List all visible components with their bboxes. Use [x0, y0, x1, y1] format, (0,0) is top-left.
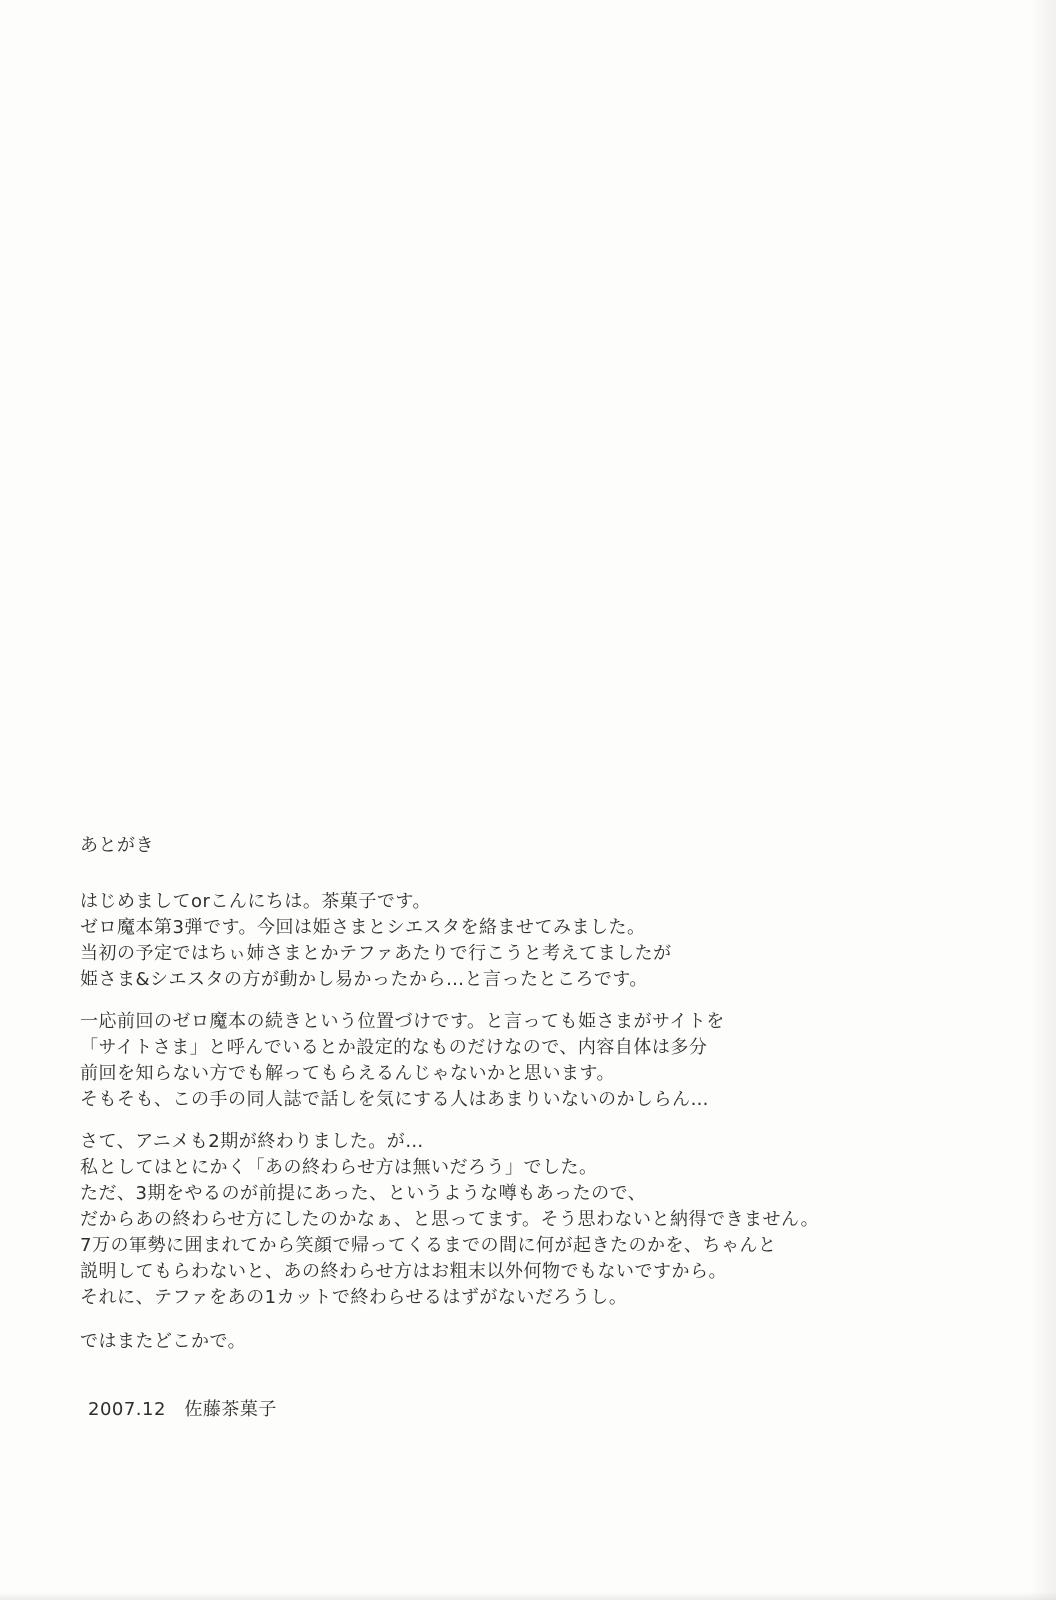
afterword-paragraph-3: さて、アニメも2期が終わりました。が… 私としてはとにかく「あの終わらせ方は無い…: [80, 1129, 900, 1311]
scan-shadow-bottom: [0, 1592, 1056, 1600]
afterword-paragraph-2: 一応前回のゼロ魔本の続きという位置づけです。と言っても姫さまがサイトを 「サイト…: [80, 1009, 900, 1113]
text-line: それに、テファをあの1カットで終わらせるはずがないだろうし。: [80, 1287, 627, 1308]
text-line: 7万の軍勢に囲まれてから笑顔で帰ってくるまでの間に何が起きたのかを、ちゃんと: [80, 1235, 776, 1256]
afterword-text-block: あとがき はじめましてorこんにちは。茶菓子です。 ゼロ魔本第3弾です。今回は姫…: [80, 833, 900, 1423]
text-line: 姫さま&シエスタの方が動かし易かったから…と言ったところです。: [80, 969, 648, 990]
text-line: ゼロ魔本第3弾です。今回は姫さまとシエスタを絡ませてみました。: [80, 917, 646, 938]
afterword-heading: あとがき: [80, 833, 900, 859]
date-author-signature: 2007.12 佐藤茶菓子: [80, 1397, 900, 1423]
text-line: 前回を知らない方でも解ってもらえるんじゃないかと思います。: [80, 1063, 615, 1084]
text-line: ただ、3期をやるのが前提にあった、というような噂もあったので、: [80, 1183, 646, 1204]
text-line: はじめましてorこんにちは。茶菓子です。: [80, 891, 431, 912]
scanned-afterword-page: あとがき はじめましてorこんにちは。茶菓子です。 ゼロ魔本第3弾です。今回は姫…: [0, 0, 1056, 1600]
text-line: そもそも、この手の同人誌で話しを気にする人はあまりいないのかしらん…: [80, 1089, 709, 1110]
text-line: さて、アニメも2期が終わりました。が…: [80, 1131, 424, 1152]
text-line: だからあの終わらせ方にしたのかなぁ、と思ってます。そう思わないと納得できません。: [80, 1209, 819, 1230]
text-line: 当初の予定ではちぃ姉さまとかテファあたりで行こうと考えてましたが: [80, 943, 672, 964]
afterword-farewell: ではまたどこかで。: [80, 1329, 900, 1355]
afterword-paragraph-1: はじめましてorこんにちは。茶菓子です。 ゼロ魔本第3弾です。今回は姫さまとシエ…: [80, 889, 900, 993]
text-line: 「サイトさま」と呼んでいるとか設定的なものだけなので、内容自体は多分: [80, 1037, 707, 1058]
scan-shadow-right: [1030, 0, 1056, 1600]
text-line: 説明してもらわないと、あの終わらせ方はお粗末以外何物でもないですから。: [80, 1261, 727, 1282]
text-line: 一応前回のゼロ魔本の続きという位置づけです。と言っても姫さまがサイトを: [80, 1011, 725, 1032]
text-line: 私としてはとにかく「あの終わらせ方は無いだろう」でした。: [80, 1157, 597, 1178]
text-line: ではまたどこかで。: [80, 1331, 246, 1352]
